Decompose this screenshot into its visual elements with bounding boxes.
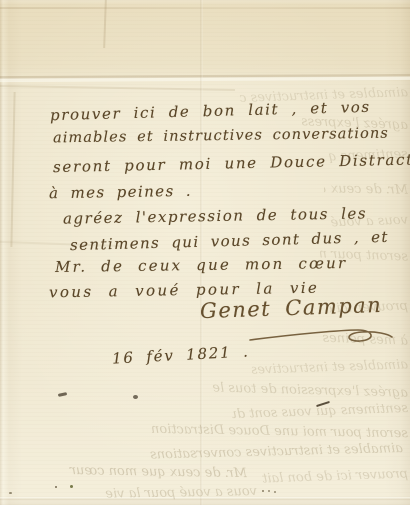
- fold-crease-secondary-horizontal: [0, 85, 235, 91]
- bleedthrough-line: Mr. de ceux que mon cœur: [2, 462, 247, 481]
- bleedthrough-line: prouver ici de bon lait , et vos: [262, 466, 408, 486]
- handwriting-line: sentimens qui vous sont dus , et: [70, 228, 389, 254]
- ink-dot: [9, 492, 12, 494]
- fold-crease-main-horizontal: [0, 74, 410, 82]
- handwriting-line: à mes peines .: [49, 182, 192, 202]
- ink-speck: [58, 392, 67, 397]
- handwriting-line: prouver ici de bon lait , et vos: [50, 98, 371, 124]
- bleedthrough-line: Mr. de ceux que mon cœur: [324, 181, 408, 197]
- bleedthrough-line: seront pour moi une Douce Distraction: [152, 422, 408, 441]
- ink-dot: [274, 491, 276, 493]
- ink-dot: [262, 490, 264, 492]
- bleedthrough-line: aimables et instructives conversations: [18, 441, 403, 466]
- handwriting-line: Mr. de ceux que mon cœur: [55, 254, 348, 276]
- bleedthrough-line: vous a voué pour la vie: [32, 484, 257, 503]
- ink-speck: [133, 395, 138, 399]
- signature: Genet Campan: [200, 293, 383, 323]
- fold-crease-vertical-topleft: [103, 0, 107, 48]
- ink-dot: [55, 486, 57, 488]
- signature-paraph-icon: [246, 320, 394, 346]
- ink-stroke: [316, 401, 330, 407]
- handwriting-line: aimables et instructives conversations: [53, 126, 389, 147]
- ink-dot-green: [70, 485, 73, 488]
- date-line: 16 fév 1821 .: [112, 342, 250, 367]
- bleedthrough-line: à mes peines .: [318, 330, 408, 348]
- handwriting-line: seront pour moi une Douce Distraction: [53, 150, 410, 176]
- handwriting-line: agréez l'expression de tous les: [63, 204, 367, 227]
- bleedthrough-line: aimables et instructives conversations: [252, 357, 408, 377]
- letter-scan: aimables et instructives conversations a…: [0, 0, 410, 505]
- fold-crease-top: [0, 7, 410, 9]
- fold-crease-vertical-leftedge: [10, 92, 15, 247]
- fold-crease-vertical-center: [200, 0, 203, 505]
- ink-dot: [268, 490, 270, 492]
- bleedthrough-line: agréez l'expression de tous les: [212, 380, 408, 400]
- fold-crease-bottom: [0, 497, 410, 500]
- bleedthrough-line: sentimens qui vous sont dus , et: [232, 401, 408, 422]
